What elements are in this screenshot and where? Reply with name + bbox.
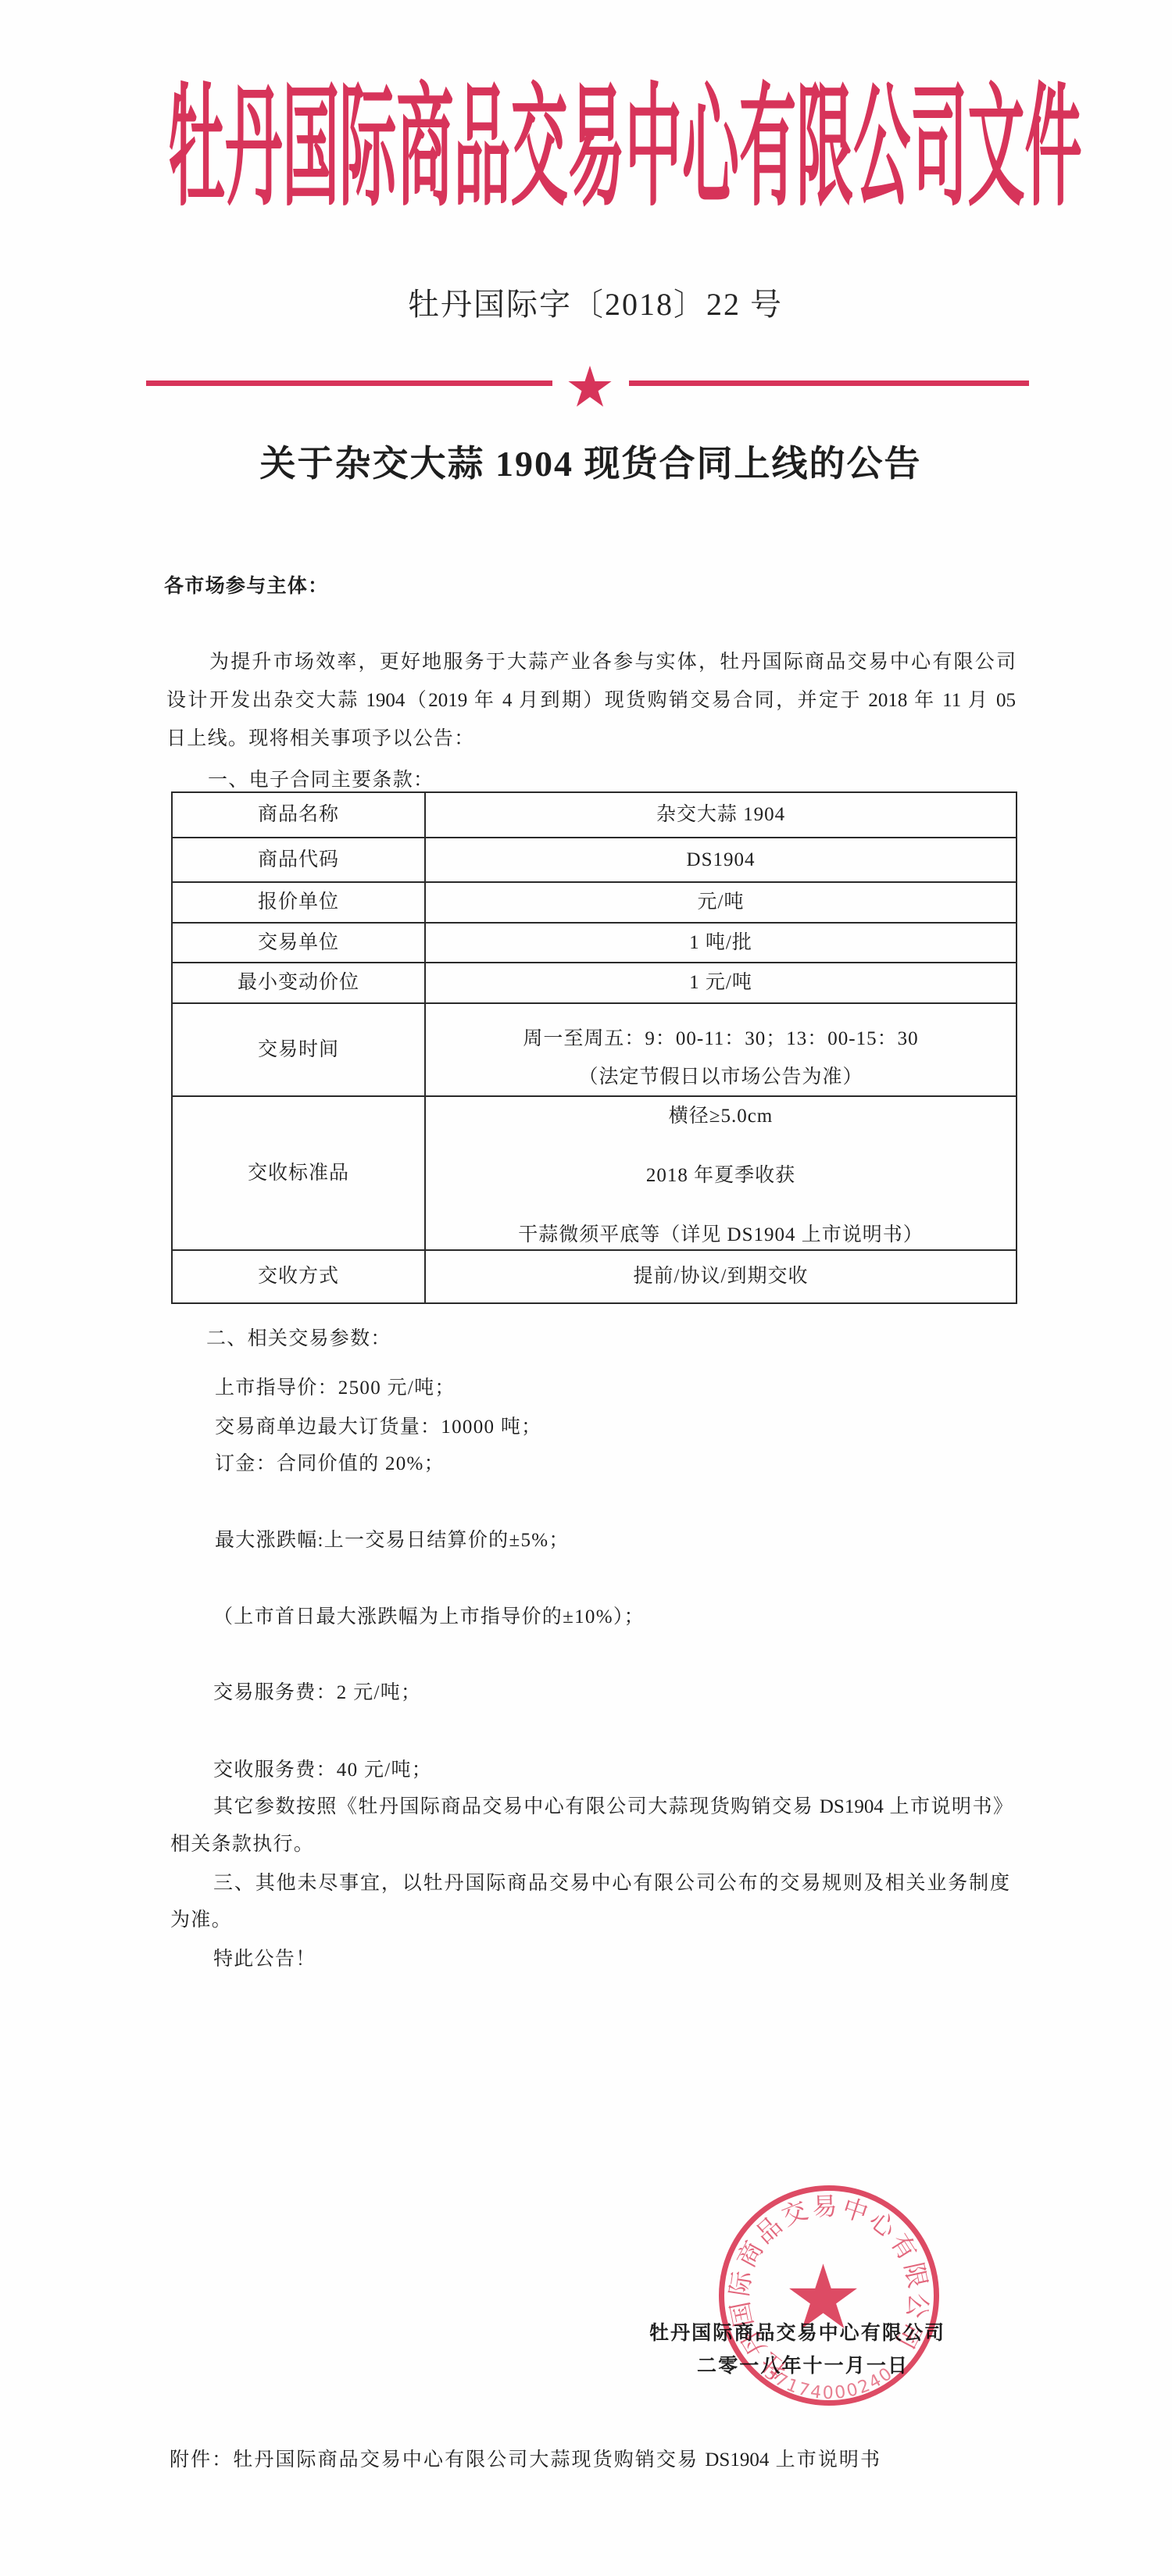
trading-hours: 周一至周五：9：00-11：30；13：00-15：30 [523, 1027, 918, 1051]
row-value: 元/吨 [425, 882, 1017, 923]
param-item: 最大涨跌幅:上一交易日结算价的±5%； [215, 1529, 570, 1552]
attachment-note: 附件：牡丹国际商品交易中心有限公司大蒜现货购销交易 DS1904 上市说明书 [170, 2449, 880, 2472]
row-label: 交易时间 [172, 1003, 425, 1096]
row-value: 杂交大蒜 1904 [425, 792, 1017, 838]
row-label: 交易单位 [172, 923, 425, 963]
section1-heading: 一、电子合同主要条款： [208, 769, 434, 792]
table-row: 交易单位 1 吨/批 [172, 923, 1017, 963]
intro-line-1: 为提升市场效率，更好地服务于大蒜产业各参与实体，牡丹国际商品交易中心有限公司 [209, 651, 1016, 674]
intro-line-3: 日上线。现将相关事项予以公告： [166, 727, 475, 751]
table-row: 报价单位 元/吨 [172, 882, 1017, 923]
row-value: 周一至周五：9：00-11：30；13：00-15：30 （法定节假日以市场公告… [425, 1003, 1017, 1096]
row-label: 交收标准品 [172, 1096, 425, 1250]
row-value: 1 元/吨 [425, 963, 1017, 1003]
star-icon [789, 2263, 857, 2328]
row-label: 报价单位 [172, 882, 425, 923]
row-value: 横径≥5.0cm 2018 年夏季收获 干蒜微须平底等（详见 DS1904 上市… [425, 1096, 1017, 1250]
row-value: 提前/协议/到期交收 [425, 1250, 1017, 1303]
contract-terms-table: 商品名称 杂交大蒜 1904 商品代码 DS1904 报价单位 元/吨 交易单位… [171, 791, 1017, 1304]
row-label: 商品名称 [172, 792, 425, 838]
row-label: 交收方式 [172, 1250, 425, 1303]
table-row: 商品名称 杂交大蒜 1904 [172, 792, 1017, 838]
org-letterhead-title: 牡丹国际商品交易中心有限公司文件 [168, 81, 1082, 214]
param-item: 交易服务费：2 元/吨； [213, 1681, 421, 1705]
star-icon [567, 366, 613, 411]
table-row: 最小变动价位 1 元/吨 [172, 963, 1017, 1003]
closing-remark: 特此公告！ [213, 1948, 316, 1971]
intro-line-2: 设计开发出杂交大蒜 1904（2019 年 4 月到期）现货购销交易合同，并定于… [166, 689, 1016, 713]
param-item: 上市指导价：2500 元/吨； [215, 1377, 456, 1400]
table-row: 交收标准品 横径≥5.0cm 2018 年夏季收获 干蒜微须平底等（详见 DS1… [172, 1096, 1017, 1250]
table-row: 商品代码 DS1904 [172, 838, 1017, 882]
param-item: 交收服务费：40 元/吨； [213, 1759, 432, 1782]
section3-line-1: 三、其他未尽事宜，以牡丹国际商品交易中心有限公司公布的交易规则及相关业务制度 [213, 1872, 1009, 1895]
section2-heading: 二、相关交易参数： [206, 1327, 391, 1351]
row-label: 商品代码 [172, 838, 425, 882]
standard-line: 横径≥5.0cm [669, 1105, 774, 1128]
red-rule-right [629, 381, 1029, 386]
official-seal: 牡丹国际商品交易中心有限公司 37174000240 [712, 2178, 946, 2413]
standard-line: 干蒜微须平底等（详见 DS1904 上市说明书） [518, 1224, 923, 1247]
param-item: 交易商单边最大订货量：10000 吨； [215, 1416, 541, 1439]
row-label: 最小变动价位 [172, 963, 425, 1003]
other-params-line-2: 相关条款执行。 [170, 1833, 314, 1856]
standard-line: 2018 年夏季收获 [646, 1164, 795, 1188]
table-row: 交收方式 提前/协议/到期交收 [172, 1250, 1017, 1303]
table-row: 交易时间 周一至周五：9：00-11：30；13：00-15：30 （法定节假日… [172, 1003, 1017, 1096]
param-item: 订金：合同价值的 20%； [215, 1452, 445, 1476]
section3-line-2: 为准。 [170, 1909, 232, 1932]
red-rule-left [146, 381, 552, 386]
param-item: （上市首日最大涨跌幅为上市指导价的±10%）； [213, 1606, 645, 1629]
salutation: 各市场参与主体： [164, 575, 328, 598]
trading-hours-note: （法定节假日以市场公告为准） [578, 1066, 863, 1089]
announcement-title: 关于杂交大蒜 1904 现货合同上线的公告 [0, 442, 1172, 486]
row-value: DS1904 [425, 838, 1017, 882]
other-params-line-1: 其它参数按照《牡丹国际商品交易中心有限公司大蒜现货购销交易 DS1904 上市说… [213, 1795, 1013, 1819]
row-value: 1 吨/批 [425, 923, 1017, 963]
document-number: 牡丹国际字〔2018〕22 号 [408, 288, 783, 322]
